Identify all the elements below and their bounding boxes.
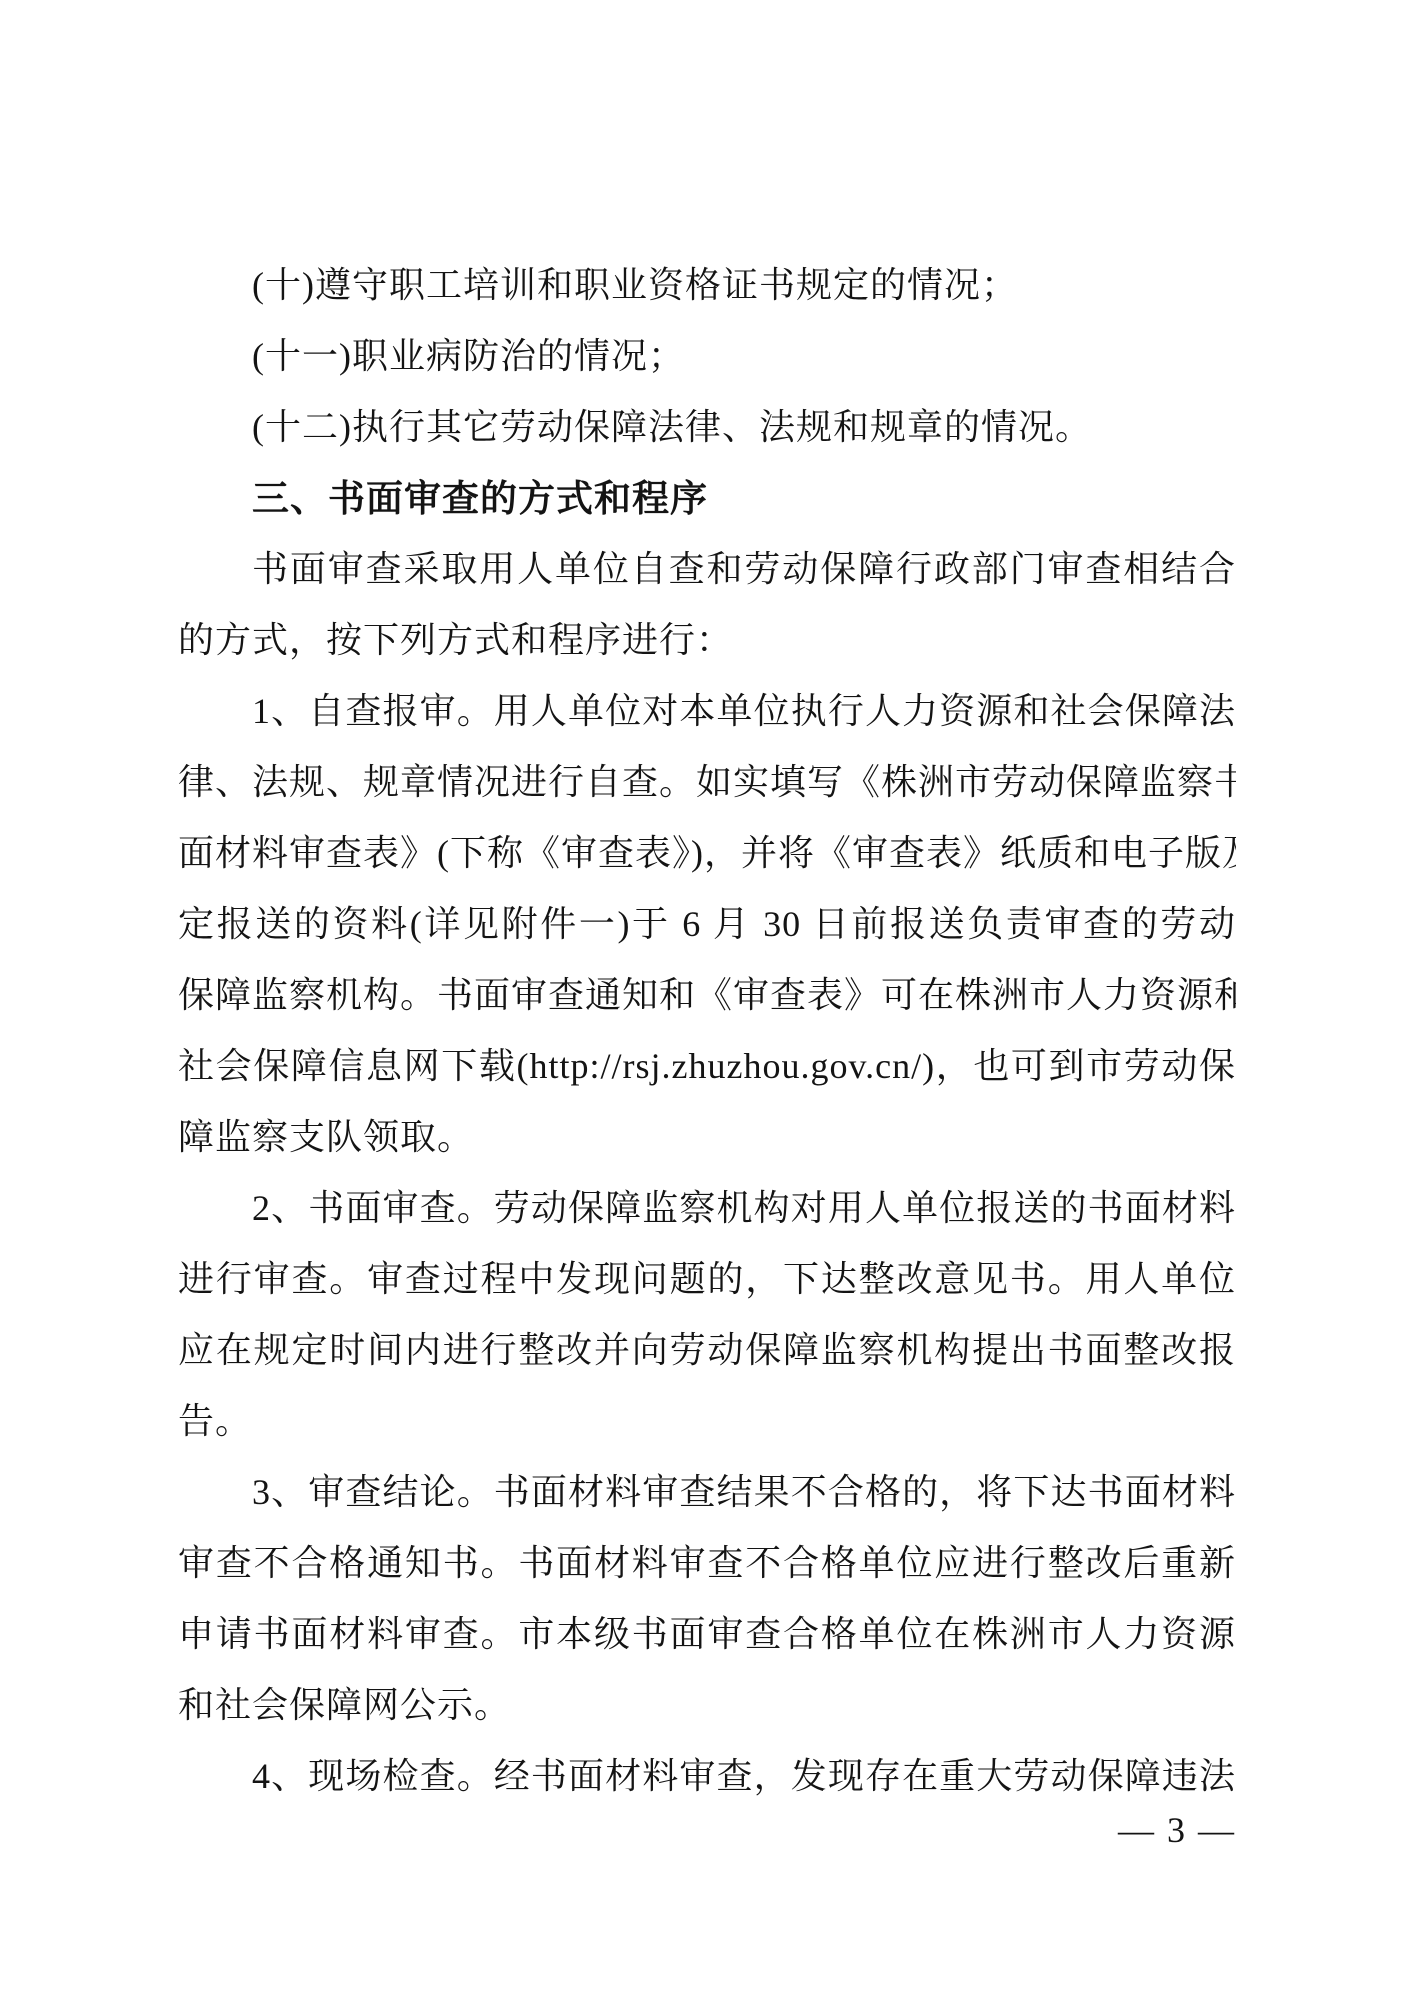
- text-line: 告。: [178, 1386, 1236, 1457]
- text-line: 进行审查。审查过程中发现问题的，下达整改意见书。用人单位: [178, 1244, 1236, 1315]
- page-number: — 3 —: [1118, 1808, 1236, 1852]
- text-line: 保障监察机构。书面审查通知和《审查表》可在株洲市人力资源和: [178, 960, 1236, 1031]
- text-line: 2、书面审查。劳动保障监察机构对用人单位报送的书面材料: [178, 1173, 1236, 1244]
- text-line: 障监察支队领取。: [178, 1102, 1236, 1173]
- text-line: (十)遵守职工培训和职业资格证书规定的情况；: [178, 250, 1236, 321]
- text-line: 4、现场检查。经书面材料审查，发现存在重大劳动保障违法: [178, 1741, 1236, 1812]
- text-line: 律、法规、规章情况进行自查。如实填写《株洲市劳动保障监察书: [178, 747, 1236, 818]
- text-line: 和社会保障网公示。: [178, 1670, 1236, 1741]
- text-line: (十二)执行其它劳动保障法律、法规和规章的情况。: [178, 392, 1236, 463]
- text-line: 定报送的资料(详见附件一)于 6 月 30 日前报送负责审查的劳动: [178, 889, 1236, 960]
- text-line: 的方式，按下列方式和程序进行：: [178, 605, 1236, 676]
- section-heading: 三、书面审查的方式和程序: [178, 463, 1236, 534]
- document-body: (十)遵守职工培训和职业资格证书规定的情况；(十一)职业病防治的情况；(十二)执…: [178, 250, 1236, 1812]
- text-line: 面材料审查表》(下称《审查表》)，并将《审查表》纸质和电子版及规: [178, 818, 1236, 889]
- document-page: (十)遵守职工培训和职业资格证书规定的情况；(十一)职业病防治的情况；(十二)执…: [0, 0, 1413, 2000]
- text-line: 1、自查报审。用人单位对本单位执行人力资源和社会保障法: [178, 676, 1236, 747]
- page-number-text: — 3 —: [1118, 1810, 1236, 1850]
- text-line: 应在规定时间内进行整改并向劳动保障监察机构提出书面整改报: [178, 1315, 1236, 1386]
- text-line: 社会保障信息网下载(http://rsj.zhuzhou.gov.cn/)，也可…: [178, 1031, 1236, 1102]
- text-line: 书面审查采取用人单位自查和劳动保障行政部门审查相结合: [178, 534, 1236, 605]
- text-line: 审查不合格通知书。书面材料审查不合格单位应进行整改后重新: [178, 1528, 1236, 1599]
- text-line: 3、审查结论。书面材料审查结果不合格的，将下达书面材料: [178, 1457, 1236, 1528]
- text-line: (十一)职业病防治的情况；: [178, 321, 1236, 392]
- text-line: 申请书面材料审查。市本级书面审查合格单位在株洲市人力资源: [178, 1599, 1236, 1670]
